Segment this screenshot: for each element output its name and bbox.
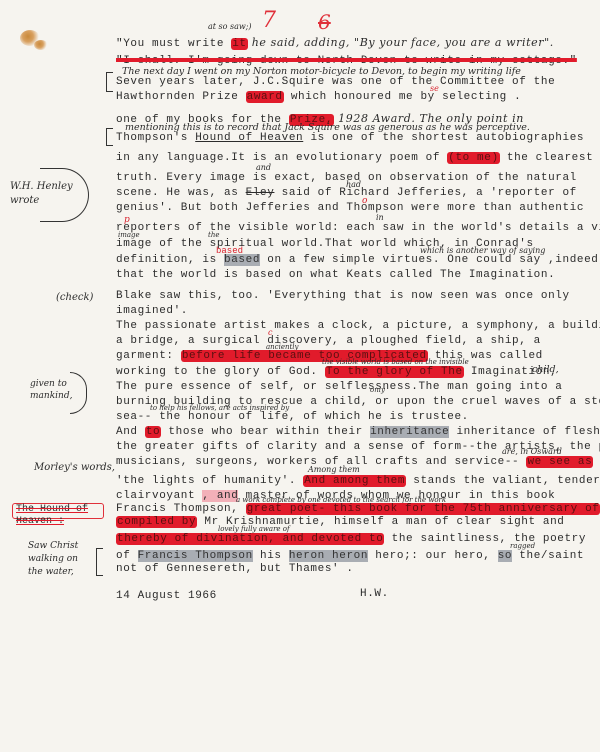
bracket-mark — [70, 372, 87, 414]
typed-line: definition, is based on a few simple vir… — [116, 254, 600, 266]
typed-line: of Francis Thompson his heron heron hero… — [116, 550, 584, 562]
bracket-mark — [106, 72, 113, 92]
redaction: great poet- this book for the 75th anniv… — [246, 503, 600, 515]
circle-mark — [40, 168, 89, 222]
marked-word: based — [224, 254, 260, 266]
old-page-number: 6 — [318, 10, 331, 34]
typed-line: 'the lights of humanity'. And among them… — [116, 475, 600, 487]
handwritten-insert: child, — [532, 364, 559, 375]
redaction: To the glory of The — [325, 366, 464, 378]
text: the clearest — [500, 152, 594, 164]
text: the/saint — [512, 550, 584, 562]
text: And — [116, 426, 145, 438]
text: Thompson's — [116, 132, 195, 144]
redaction: And among them — [303, 475, 406, 487]
stain-mark — [34, 40, 48, 50]
handwritten-insert: are, in Osward — [502, 447, 562, 456]
typed-line: Hawthornden Prize award which honoured m… — [116, 91, 521, 103]
text: is one of the shortest autobiographies — [303, 132, 584, 144]
redaction: it — [231, 38, 247, 50]
typed-line: Francis Thompson, great poet- this book … — [116, 503, 600, 515]
text: scene. He was, as — [116, 187, 246, 199]
text: said of Richard Jefferies, a 'reporter o… — [274, 187, 576, 199]
redaction: (to me) — [447, 152, 499, 164]
redaction: compiled by — [116, 516, 197, 528]
struck-word: Eley — [246, 187, 275, 199]
typed-line: "You must write it he said, adding, "By … — [116, 36, 554, 50]
page-number: 7 — [262, 8, 276, 33]
typed-line: a bridge, a surgical discovery, a plough… — [116, 335, 541, 347]
handwritten-insert: the visible world is based on the invisi… — [322, 358, 469, 366]
bracket-mark — [106, 128, 113, 146]
margin-note-hound: The Hound of Heaven : — [16, 504, 110, 528]
margin-note-check: (check) — [56, 292, 93, 303]
text: garment: — [116, 350, 181, 362]
text: in any language.It is an evolutionary po… — [116, 152, 447, 164]
text: 'the lights of humanity'. — [116, 475, 303, 487]
redaction: to — [145, 426, 161, 438]
signature: H.W. — [360, 588, 389, 600]
book-title: Hound of Heaven — [195, 132, 303, 144]
typed-line: not of Gennesereth, but Thames' . — [116, 563, 354, 575]
handwritten-insert: at so saw;) — [208, 22, 252, 31]
marked-word: so — [498, 550, 512, 562]
marked-word: Francis Thompson — [138, 550, 253, 562]
handwritten-insert: in — [376, 213, 384, 222]
typed-line: The passionate artist makes a clock, a p… — [116, 320, 600, 332]
margin-note-morley: Morley's words, — [34, 462, 115, 473]
handwritten-insert: only — [370, 386, 385, 394]
text: inheritance of flesh — [449, 426, 600, 438]
text: working to the glory of God. — [116, 366, 325, 378]
text: those who bear within their — [161, 426, 370, 438]
typed-line: reporters of the visible world: each saw… — [116, 222, 600, 234]
typed-line: scene. He was, as Eley said of Richard J… — [116, 187, 577, 199]
redaction: we see as — [526, 456, 593, 468]
handwritten-insert: lovely fully aware of — [218, 525, 290, 533]
margin-note-saw-christ: Saw Christ walking on the water, — [28, 540, 86, 579]
text: hero;: our hero, — [368, 550, 498, 562]
marked-word: inheritance — [370, 426, 449, 438]
typed-line: And to those who bear within their inher… — [116, 426, 600, 438]
text: his — [253, 550, 289, 562]
marked-word: heron heron — [289, 550, 368, 562]
text: Hawthornden Prize — [116, 91, 246, 103]
correction: se — [430, 84, 439, 93]
text: "You must write — [116, 38, 231, 50]
typed-line: sea-- the honour of life, of which he is… — [116, 411, 469, 423]
text: the saintliness, the poetry — [384, 533, 586, 545]
typed-line: Thompson's Hound of Heaven is one of the… — [116, 132, 584, 144]
handwritten-insert: ragged — [510, 542, 535, 550]
text: which honoured me by selecting . — [284, 91, 522, 103]
typed-line: Blake saw this, too. 'Everything that is… — [116, 290, 570, 302]
marked-word: , and — [202, 490, 238, 502]
typed-line: Seven years later, J.C.Squire was one of… — [116, 76, 555, 88]
date: 14 August 1966 — [116, 590, 217, 602]
text: clairvoyant — [116, 490, 202, 502]
text: stands the valiant, tender, — [406, 475, 600, 487]
manuscript-page: 7 6 at so saw;) "You must write it he sa… — [0, 0, 600, 752]
bracket-mark — [96, 548, 103, 576]
handwritten-insert: and — [256, 163, 271, 172]
typed-line: that the world is based on what Keats ca… — [116, 269, 555, 281]
text: of — [116, 550, 138, 562]
typed-line: imagined'. — [116, 305, 188, 317]
typed-line: genius'. But both Jefferies and Thompson… — [116, 202, 584, 214]
redaction: thereby of divination, and devoted to — [116, 533, 384, 545]
handwritten-insert: Among them — [308, 465, 360, 474]
typed-line: working to the glory of God. To the glor… — [116, 366, 557, 378]
text: on a few simple virtues. One could say ,… — [260, 254, 600, 266]
text: Francis Thompson, — [116, 503, 246, 515]
typed-line: compiled by Mr Krishnamurtie, himself a … — [116, 516, 564, 528]
typed-line: The pure essence of self, or selflessnes… — [116, 381, 562, 393]
text: he said, adding, "By your face, you are … — [248, 36, 554, 49]
text: definition, is — [116, 254, 224, 266]
typed-line: in any language.It is an evolutionary po… — [116, 152, 593, 164]
redaction: award — [246, 91, 284, 103]
